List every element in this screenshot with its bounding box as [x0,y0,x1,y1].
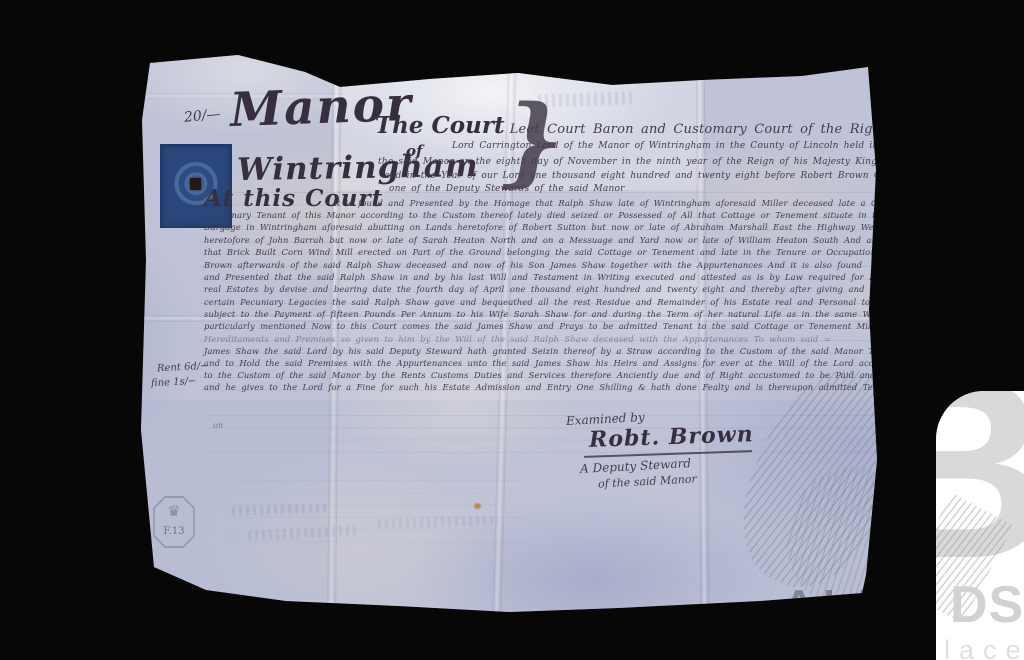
body-line: subject to the Payment of fifteen Pounds… [204,309,920,319]
body-line: Burgage in Wintringham aforesaid abuttin… [204,222,935,232]
steward-role-line2: of the said Manor [598,472,697,490]
court-heading-line2: Lord Carrington Lord of the Manor of Win… [452,141,933,151]
steward-signature: Robt. Brown [589,421,754,453]
auction-photo: 20∕— Manor of Wintringham } The Court Le… [0,0,1024,660]
body-line: Customary Tenant of this Manor according… [204,210,933,220]
margin-note-rent: Rent 6d∕− [157,361,209,375]
court-heading-lead: The Court [375,112,505,139]
court-heading-line1: The Court Leet Court Baron and Customary… [375,112,1024,139]
manor-title-word3: Wintringham [237,148,479,188]
stamp-seal-mark [190,178,201,190]
allbids-watermark-lace: lace [944,637,1024,660]
ink-ghost-center [378,515,498,529]
ink-ghost-left-2 [248,525,358,541]
court-heading-line5: one of the Deputy Stewards of the said M… [389,184,625,194]
body-line-smudged: Hereditaments and Premises so given to h… [204,334,831,344]
margin-pencil-mark: on [213,421,223,430]
court-heading-line4: and in the Year of our Lord one thousand… [384,171,951,181]
rust-spot [474,503,481,509]
court-heading-rest: Leet Court Baron and Customary Court of … [510,122,1024,137]
allbids-watermark-ds: DS [950,579,1024,631]
margin-note-fine: fine 1s∕− [151,376,197,389]
body-line: and Presented that the said Ralph Shaw i… [204,272,902,282]
body-line: certain Pecuniary Legacies the said Ralp… [204,297,941,307]
body-line: that Brick Built Corn Wind Mill erected … [204,247,948,257]
parchment-document: 20∕— Manor of Wintringham } The Court Le… [0,0,1024,660]
crown-icon: ♛ [167,502,180,520]
body-line: Brown afterwards of the said Ralph Shaw … [204,260,862,270]
body-line: and he gives to the Lord for a Fine for … [204,382,901,392]
margin-note-price: 20∕— [183,106,221,126]
body-line: it is found and Presented by the Homage … [334,198,955,208]
allbids-watermark-letters: ALL [783,584,893,628]
allbids-watermark-corner: B DS lace [936,391,1024,660]
crown-stamp-code: F.13 [163,526,184,537]
body-line: and to Hold the said Premises with the A… [204,358,915,368]
body-line: real Estates by devise and bearing date … [204,284,924,294]
ink-ghost-left-1 [232,503,327,515]
embossed-crown-stamp: ♛ F.13 [153,496,195,548]
body-line: to the Custom of the said Manor by the R… [204,370,980,380]
body-line: heretofore of John Barrah but now or lat… [204,235,890,245]
body-line: particularly mentioned Now to this Court… [204,321,886,331]
court-heading-line3: the said Manor on the eighth day of Nove… [378,157,974,167]
body-line: James Shaw the said Lord by his said Dep… [204,346,917,356]
